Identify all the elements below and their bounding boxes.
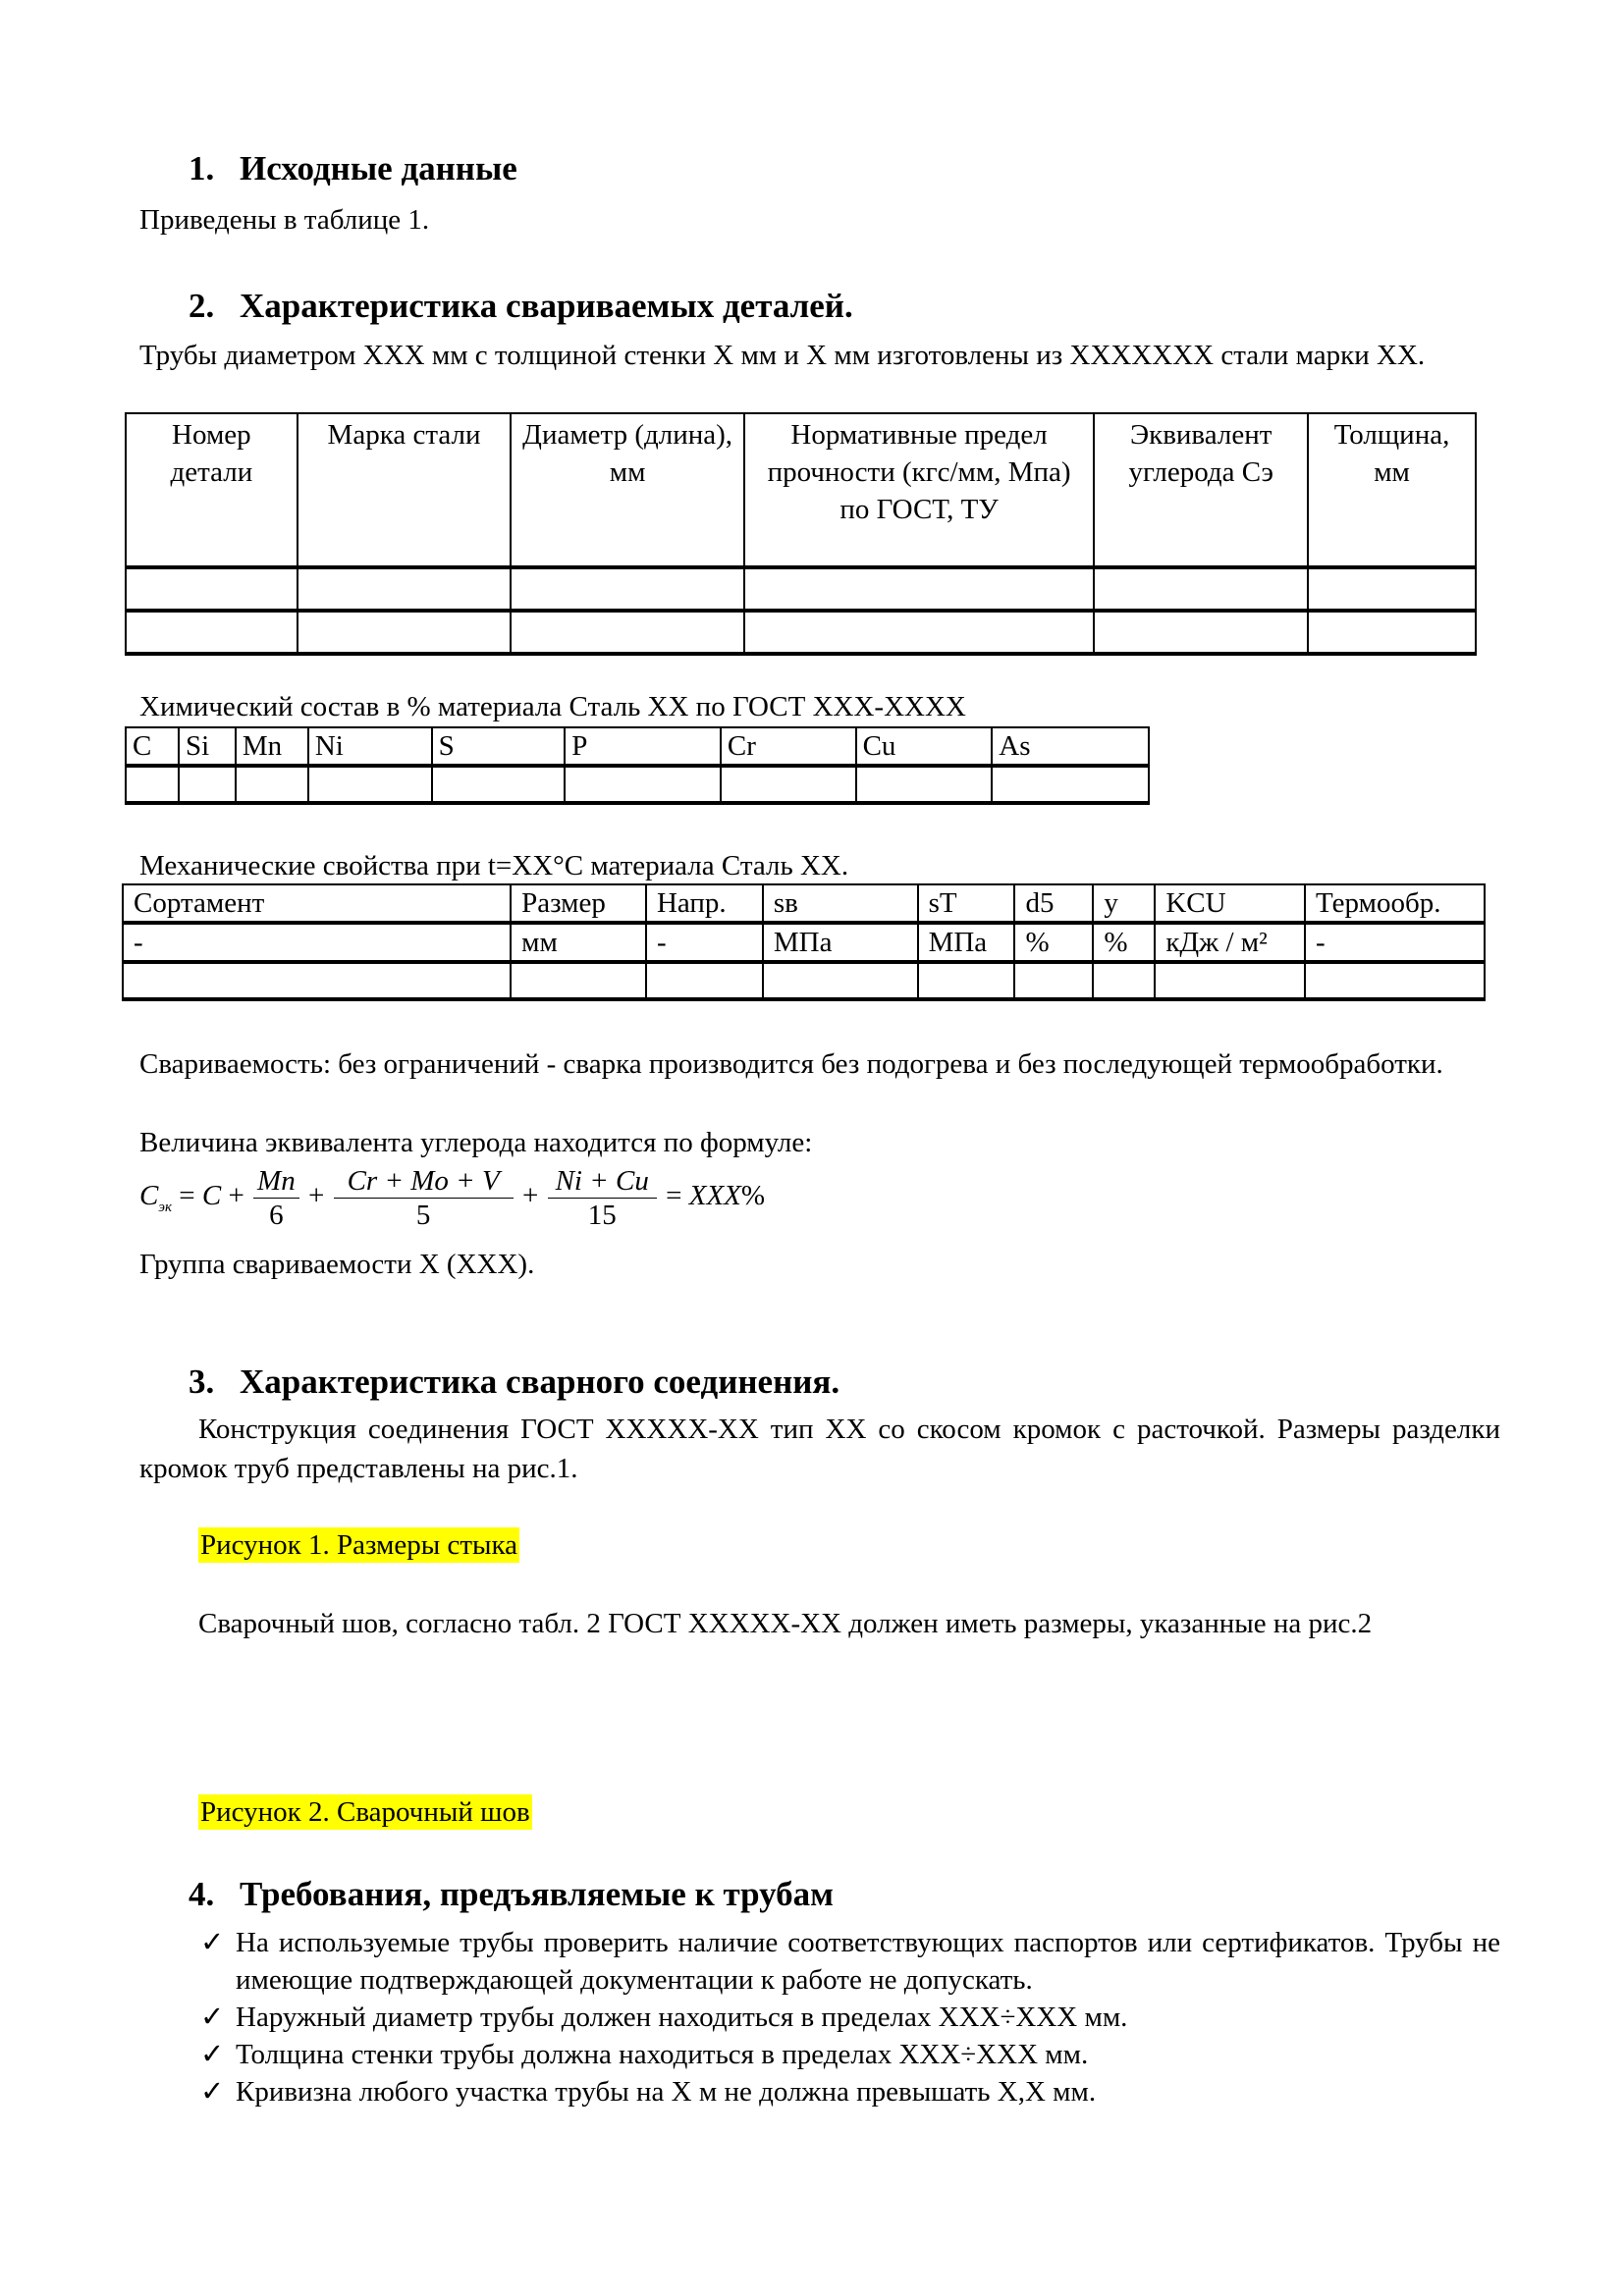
section-1-title: Исходные данные — [240, 149, 517, 187]
formula-intro: Величина эквивалента углерода находится … — [139, 1123, 812, 1162]
section-4-heading: 4.Требования, предъявляемые к трубам — [189, 1875, 834, 1914]
unit-cell: % — [1093, 923, 1155, 962]
table-cell[interactable] — [744, 611, 1094, 654]
list-item: ✓Толщина стенки трубы должна находиться … — [196, 2036, 1500, 2073]
header-cell: Cr — [721, 727, 856, 766]
table-cell[interactable] — [126, 766, 179, 803]
formula-unit: % — [741, 1180, 765, 1211]
section-3-number: 3. — [189, 1362, 240, 1402]
table-cell[interactable] — [721, 766, 856, 803]
checkmark-icon: ✓ — [200, 2036, 224, 2073]
section-3-paragraph-2: Сварочный шов, согласно табл. 2 ГОСТ XXX… — [139, 1604, 1500, 1643]
unit-cell: мм — [511, 923, 646, 962]
table-row — [123, 962, 1485, 999]
table-row — [126, 567, 1476, 611]
table-cell[interactable] — [1014, 962, 1093, 999]
table-cell[interactable] — [511, 611, 744, 654]
parts-table-header: Номер детали Марка стали Диаметр (длина)… — [126, 413, 1476, 567]
formula-result: XXX — [689, 1180, 741, 1211]
list-item: ✓Наружный диаметр трубы должен находитьс… — [196, 1999, 1500, 2036]
fraction-mn: Mn6 — [253, 1164, 299, 1232]
header-cell: P — [565, 727, 721, 766]
header-cell: Номер детали — [126, 413, 298, 567]
table-cell[interactable] — [1308, 611, 1476, 654]
weldability-group: Группа свариваемости X (XXX). — [139, 1245, 534, 1284]
unit-cell: - — [123, 923, 511, 962]
table-cell[interactable] — [511, 962, 646, 999]
table-cell[interactable] — [511, 567, 744, 611]
header-cell: S — [432, 727, 566, 766]
unit-cell: МПа — [763, 923, 918, 962]
section-3-paragraph-1: Конструкция соединения ГОСТ XXXXX-XX тип… — [139, 1410, 1500, 1488]
table-cell[interactable] — [1155, 962, 1305, 999]
header-cell: Толщина, мм — [1308, 413, 1476, 567]
figure-1-caption: Рисунок 1. Размеры стыка — [198, 1525, 519, 1565]
table-row — [126, 611, 1476, 654]
header-cell: Si — [179, 727, 236, 766]
header-cell: sв — [763, 884, 918, 923]
table-cell[interactable] — [1094, 567, 1308, 611]
list-item: ✓Кривизна любого участка трубы на X м не… — [196, 2073, 1500, 2110]
header-cell: Cu — [856, 727, 993, 766]
table-cell[interactable] — [298, 567, 512, 611]
weldability-text: Свариваемость: без ограничений - сварка … — [139, 1044, 1494, 1084]
header-cell: Диаметр (длина), мм — [511, 413, 744, 567]
section-1-number: 1. — [189, 149, 240, 188]
header-cell: y — [1093, 884, 1155, 923]
header-cell: Термообр. — [1305, 884, 1485, 923]
header-cell: sТ — [918, 884, 1015, 923]
formula-c: C — [202, 1180, 221, 1211]
table-cell[interactable] — [432, 766, 566, 803]
table-cell[interactable] — [744, 567, 1094, 611]
mech-table-units-row: - мм - МПа МПа % % кДж / м² - — [123, 923, 1485, 962]
table-cell[interactable] — [565, 766, 721, 803]
chem-composition-table: C Si Mn Ni S P Cr Cu As — [125, 726, 1150, 805]
carbon-equivalent-formula: Cэк = C + Mn6 + Cr + Mo + V5 + Ni + Cu15… — [139, 1164, 765, 1232]
figure-2-caption: Рисунок 2. Сварочный шов — [198, 1792, 532, 1832]
header-cell: Эквивалент углерода Сэ — [1094, 413, 1308, 567]
table-cell[interactable] — [126, 567, 298, 611]
parts-table: Номер детали Марка стали Диаметр (длина)… — [125, 412, 1477, 656]
section-3-title: Характеристика сварного соединения. — [240, 1362, 839, 1401]
section-2-intro: Трубы диаметром XXX мм с толщиной стенки… — [139, 336, 1485, 375]
table-cell[interactable] — [856, 766, 993, 803]
table-cell[interactable] — [1305, 962, 1485, 999]
table-cell[interactable] — [763, 962, 918, 999]
header-cell: Марка стали — [298, 413, 512, 567]
chem-composition-title: Химический состав в % материала Сталь XX… — [139, 687, 966, 726]
table-cell[interactable] — [308, 766, 432, 803]
header-cell: Размер — [511, 884, 646, 923]
fraction-cr-mo-v: Cr + Mo + V5 — [334, 1164, 514, 1232]
table-cell[interactable] — [1093, 962, 1155, 999]
table-cell[interactable] — [179, 766, 236, 803]
checkmark-icon: ✓ — [200, 1924, 224, 1961]
table-cell[interactable] — [646, 962, 763, 999]
header-cell: Сортамент — [123, 884, 511, 923]
section-2-title: Характеристика свариваемых деталей. — [240, 287, 853, 325]
mech-properties-title: Механические свойства при t=XX°C материа… — [139, 846, 848, 885]
section-4-title: Требования, предъявляемые к трубам — [240, 1875, 834, 1913]
section-2-heading: 2.Характеристика свариваемых деталей. — [189, 287, 853, 326]
table-cell[interactable] — [1094, 611, 1308, 654]
header-cell: As — [992, 727, 1149, 766]
list-item: ✓На используемые трубы проверить наличие… — [196, 1924, 1500, 1999]
checkmark-icon: ✓ — [200, 1999, 224, 2036]
unit-cell: - — [1305, 923, 1485, 962]
fraction-ni-cu: Ni + Cu15 — [548, 1164, 657, 1232]
table-cell[interactable] — [236, 766, 308, 803]
section-3-heading: 3.Характеристика сварного соединения. — [189, 1362, 839, 1402]
unit-cell: кДж / м² — [1155, 923, 1305, 962]
table-cell[interactable] — [1308, 567, 1476, 611]
table-cell[interactable] — [992, 766, 1149, 803]
table-cell[interactable] — [126, 611, 298, 654]
table-row — [126, 766, 1149, 803]
header-cell: KCU — [1155, 884, 1305, 923]
table-cell[interactable] — [123, 962, 511, 999]
requirements-list: ✓На используемые трубы проверить наличие… — [196, 1924, 1500, 2110]
section-1-text: Приведены в таблице 1. — [139, 200, 429, 240]
header-cell: d5 — [1014, 884, 1093, 923]
unit-cell: МПа — [918, 923, 1015, 962]
header-cell: C — [126, 727, 179, 766]
header-cell: Нормативные предел прочности (кгс/мм, Мп… — [744, 413, 1094, 567]
section-4-number: 4. — [189, 1875, 240, 1914]
table-cell[interactable] — [918, 962, 1015, 999]
checkmark-icon: ✓ — [200, 2073, 224, 2110]
formula-lhs-sub: эк — [158, 1200, 172, 1215]
section-1-heading: 1.Исходные данные — [189, 149, 517, 188]
section-2-number: 2. — [189, 287, 240, 326]
mech-table-header: Сортамент Размер Напр. sв sТ d5 y KCU Те… — [123, 884, 1485, 923]
table-cell[interactable] — [298, 611, 512, 654]
header-cell: Mn — [236, 727, 308, 766]
formula-lhs: C — [139, 1180, 158, 1211]
mech-properties-table: Сортамент Размер Напр. sв sТ d5 y KCU Те… — [122, 883, 1486, 1001]
header-cell: Ni — [308, 727, 432, 766]
unit-cell: % — [1014, 923, 1093, 962]
header-cell: Напр. — [646, 884, 763, 923]
unit-cell: - — [646, 923, 763, 962]
chem-table-header: C Si Mn Ni S P Cr Cu As — [126, 727, 1149, 766]
